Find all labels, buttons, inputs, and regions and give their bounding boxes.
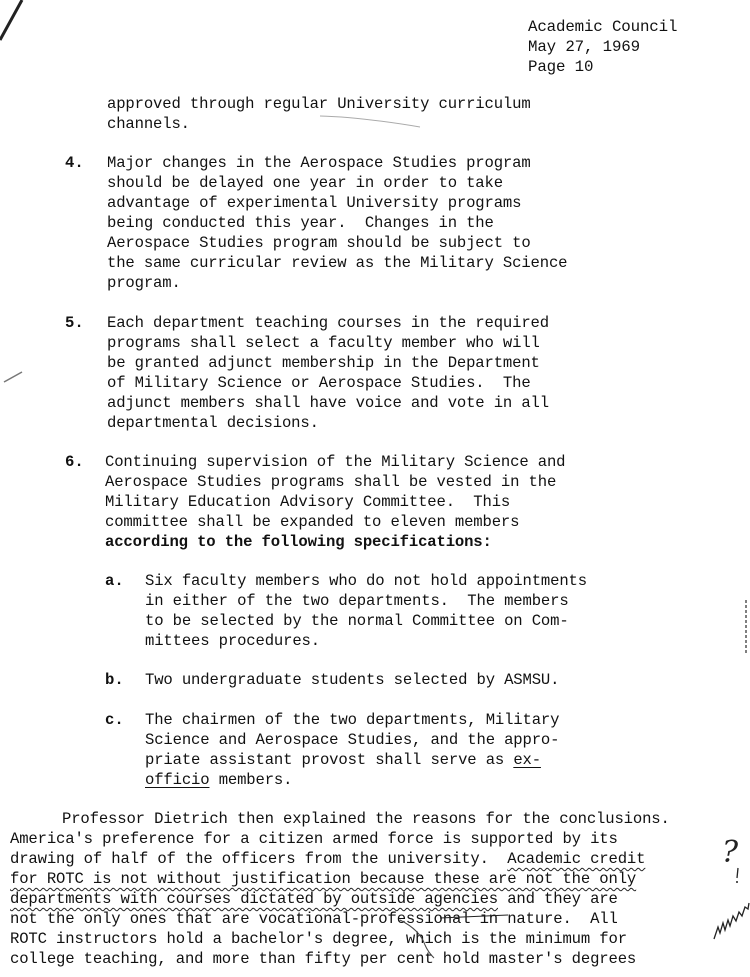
sub-item-letter: b.	[105, 670, 124, 690]
text-line: Major changes in the Aerospace Studies p…	[107, 153, 531, 173]
text-line: Aerospace Studies programs shall be vest…	[105, 472, 556, 492]
header-date: May 27, 1969	[528, 37, 640, 57]
text-line: program.	[107, 273, 181, 293]
text-line: Each department teaching courses in the …	[107, 313, 549, 333]
item-number: 6.	[65, 452, 84, 472]
text-line: channels.	[107, 114, 190, 134]
text-line: ROTC instructors hold a bachelor's degre…	[10, 929, 627, 949]
stray-pen-stroke	[320, 113, 430, 133]
text-line: Six faculty members who do not hold appo…	[145, 571, 587, 591]
text-fragment: and they are	[498, 890, 618, 908]
handwritten-underline-text: Academic credit	[507, 850, 645, 868]
text-line: according to the following specification…	[105, 532, 492, 552]
text-line: for ROTC is not without justification be…	[10, 869, 636, 889]
handwritten-underline-text: departments with courses dictated by out…	[10, 890, 498, 908]
text-line: departmental decisions.	[107, 413, 319, 433]
stray-pen-stroke	[400, 920, 460, 977]
text-line: mittees procedures.	[145, 631, 320, 651]
scan-margin-mark	[4, 368, 24, 388]
text-line: Two undergraduate students selected by A…	[145, 670, 559, 690]
text-line: being conducted this year. Changes in th…	[107, 213, 494, 233]
item-number: 4.	[65, 153, 84, 173]
text-line: of Military Science or Aerospace Studies…	[107, 373, 531, 393]
text-line: priate assistant provost shall serve as …	[145, 750, 541, 770]
text-line: committee shall be expanded to eleven me…	[105, 512, 519, 532]
text-line: be granted adjunct membership in the Dep…	[107, 353, 540, 373]
item-number: 5.	[65, 313, 84, 333]
text-line: Science and Aerospace Studies, and the a…	[145, 730, 559, 750]
text-line: not the only ones that are vocational-pr…	[10, 909, 618, 929]
text-fragment: members.	[219, 771, 293, 789]
text-line: adjunct members shall have voice and vot…	[107, 393, 549, 413]
text-line: the same curricular review as the Milita…	[107, 253, 567, 273]
text-line: programs shall select a faculty member w…	[107, 333, 540, 353]
text-line: departments with courses dictated by out…	[10, 889, 618, 909]
text-line: college teaching, and more than fifty pe…	[10, 949, 636, 969]
margin-exclamation-mark	[736, 868, 738, 880]
text-line: The chairmen of the two departments, Mil…	[145, 710, 559, 730]
text-fragment: priate assistant provost shall serve as	[145, 751, 513, 769]
margin-handwritten-initials-icon	[712, 893, 750, 943]
scan-edge-mark	[744, 600, 748, 660]
text-line: officio members.	[145, 770, 292, 790]
text-line: should be delayed one year in order to t…	[107, 173, 503, 193]
sub-item-letter: c.	[105, 710, 124, 730]
text-line: Continuing supervision of the Military S…	[105, 452, 565, 472]
underlined-term: officio	[145, 771, 209, 789]
text-line: advantage of experimental University pro…	[107, 193, 521, 213]
scan-corner-mark	[0, 0, 30, 45]
sub-item-letter: a.	[105, 571, 124, 591]
header-organization: Academic Council	[528, 17, 677, 37]
text-fragment: drawing of half of the officers from the…	[10, 850, 507, 868]
margin-question-mark: ?	[722, 838, 738, 868]
text-line: approved through regular University curr…	[107, 94, 531, 114]
text-line: to be selected by the normal Committee o…	[145, 611, 569, 631]
text-line: drawing of half of the officers from the…	[10, 849, 645, 869]
text-line: America's preference for a citizen armed…	[10, 829, 618, 849]
underlined-term: ex-	[513, 751, 541, 769]
text-line: Aerospace Studies program should be subj…	[107, 233, 531, 253]
text-line: Professor Dietrich then explained the re…	[62, 809, 670, 829]
text-line: in either of the two departments. The me…	[145, 591, 569, 611]
stray-pen-stroke	[440, 914, 510, 922]
header-page-number: Page 10	[528, 57, 593, 77]
text-line: Military Education Advisory Committee. T…	[105, 492, 510, 512]
